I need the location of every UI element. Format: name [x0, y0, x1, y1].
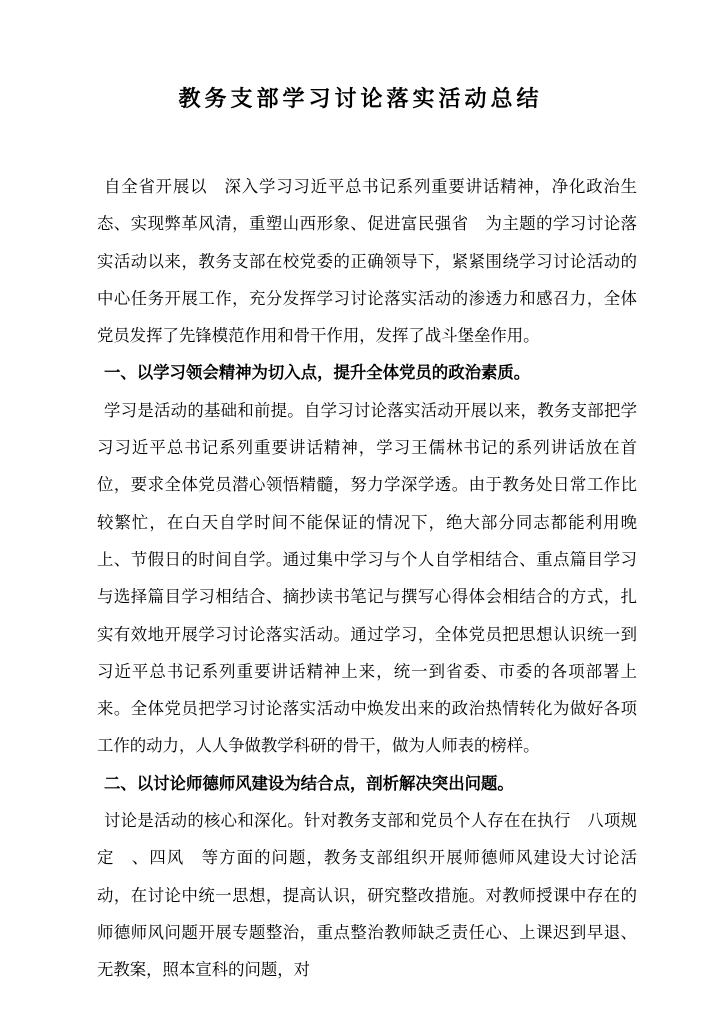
paragraph-section-2: 讨论是活动的核心和深化。针对教务支部和党员个人存在在执行 八项规定 、四风 等方…	[97, 802, 637, 988]
section-heading-2: 二、以讨论师德师风建设为结合点，剖析解决突出问题。	[97, 765, 637, 802]
section-heading-1: 一、以学习领会精神为切入点，提升全体党员的政治素质。	[97, 354, 637, 391]
paragraph-intro: 自全省开展以 深入学习习近平总书记系列重要讲话精神，净化政治生态、实现弊革风清，…	[97, 168, 637, 354]
document-title: 教务支部学习讨论落实活动总结	[0, 84, 721, 114]
document-body: 自全省开展以 深入学习习近平总书记系列重要讲话精神，净化政治生态、实现弊革风清，…	[97, 168, 637, 989]
document-page: 教务支部学习讨论落实活动总结 自全省开展以 深入学习习近平总书记系列重要讲话精神…	[0, 0, 721, 1020]
paragraph-section-1: 学习是活动的基础和前提。自学习讨论落实活动开展以来，教务支部把学习习近平总书记系…	[97, 392, 637, 765]
